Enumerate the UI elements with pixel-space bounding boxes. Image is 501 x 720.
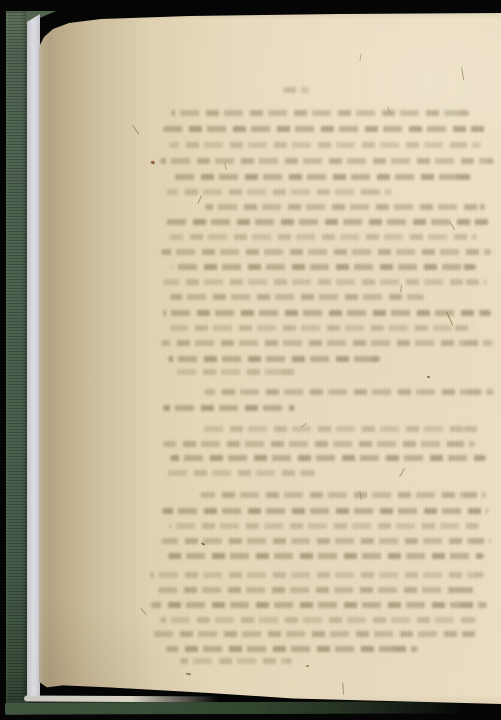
ghost-text-line xyxy=(150,572,484,578)
ghost-text-line xyxy=(163,219,489,225)
ghost-text-line xyxy=(161,249,491,255)
ghost-text-line xyxy=(172,264,476,270)
paper-fiber-speck xyxy=(427,376,430,378)
ghost-text-line xyxy=(166,646,418,652)
ghost-text-line xyxy=(168,553,484,559)
ghost-text-line xyxy=(163,405,295,411)
ghost-text-line xyxy=(283,87,309,93)
paper-fiber-speck xyxy=(387,107,391,115)
paper-fiber-speck xyxy=(197,195,202,204)
book-cover-bottom-edge xyxy=(5,701,465,714)
ghost-text-line xyxy=(152,631,478,637)
ghost-text-line xyxy=(166,189,392,195)
page-block-edge xyxy=(27,12,40,700)
paper-fiber-speck xyxy=(359,491,362,500)
ghost-text-line xyxy=(169,523,479,529)
ghost-text-line xyxy=(205,204,485,210)
ghost-text-line xyxy=(163,126,489,132)
ghost-text-line xyxy=(169,234,477,240)
paper-fiber-speck xyxy=(224,163,227,170)
paper-specks-layer xyxy=(39,13,501,704)
ghost-text-line xyxy=(162,508,488,514)
ghost-text-line xyxy=(171,110,469,116)
paper-fiber-speck xyxy=(186,673,191,676)
ghost-text-line xyxy=(160,617,476,623)
ghost-text-line xyxy=(169,142,481,148)
ghost-text-line xyxy=(180,658,292,664)
ghost-text-line xyxy=(201,426,479,432)
paper-fiber-speck xyxy=(461,67,465,80)
gutter-shadow xyxy=(39,13,501,704)
blank-book-page xyxy=(39,13,501,704)
ghost-text-line xyxy=(163,279,487,285)
ghost-text-line xyxy=(163,441,475,447)
ghost-text-line xyxy=(200,492,486,498)
ghost-text-line xyxy=(151,602,487,608)
paper-fiber-speck xyxy=(306,665,309,667)
ghost-text-line xyxy=(158,587,478,593)
ghost-text-line xyxy=(173,174,473,180)
ghost-text-line xyxy=(170,294,424,300)
paper-fiber-speck xyxy=(151,160,156,164)
ghost-text-line xyxy=(161,340,493,346)
paper-fiber-speck xyxy=(359,54,361,61)
paper-fiber-speck xyxy=(140,608,147,616)
ghost-text-line xyxy=(168,356,380,362)
ghost-text-line xyxy=(163,310,491,316)
paper-fiber-speck xyxy=(300,423,306,428)
paper-fiber-speck xyxy=(400,285,402,293)
paper-fiber-speck xyxy=(446,312,454,326)
paper-fiber-speck xyxy=(399,468,405,477)
scanned-book-page-photo xyxy=(0,0,501,720)
paper-fiber-speck xyxy=(132,125,139,135)
ghost-text-line xyxy=(163,470,315,476)
paper-fiber-speck xyxy=(201,542,206,546)
ghost-text-line xyxy=(204,389,494,395)
paper-texture xyxy=(39,13,501,704)
paper-fiber-speck xyxy=(342,683,344,695)
ghost-text-line xyxy=(170,325,474,331)
ghost-text-line xyxy=(176,369,298,375)
paper-fiber-speck xyxy=(449,221,455,230)
book-cover-left-edge xyxy=(6,11,28,715)
ghost-text-line xyxy=(170,455,486,461)
ghost-text-line xyxy=(161,538,491,544)
ghost-text-bleedthrough-layer xyxy=(39,13,501,704)
ghost-text-line xyxy=(160,158,494,164)
